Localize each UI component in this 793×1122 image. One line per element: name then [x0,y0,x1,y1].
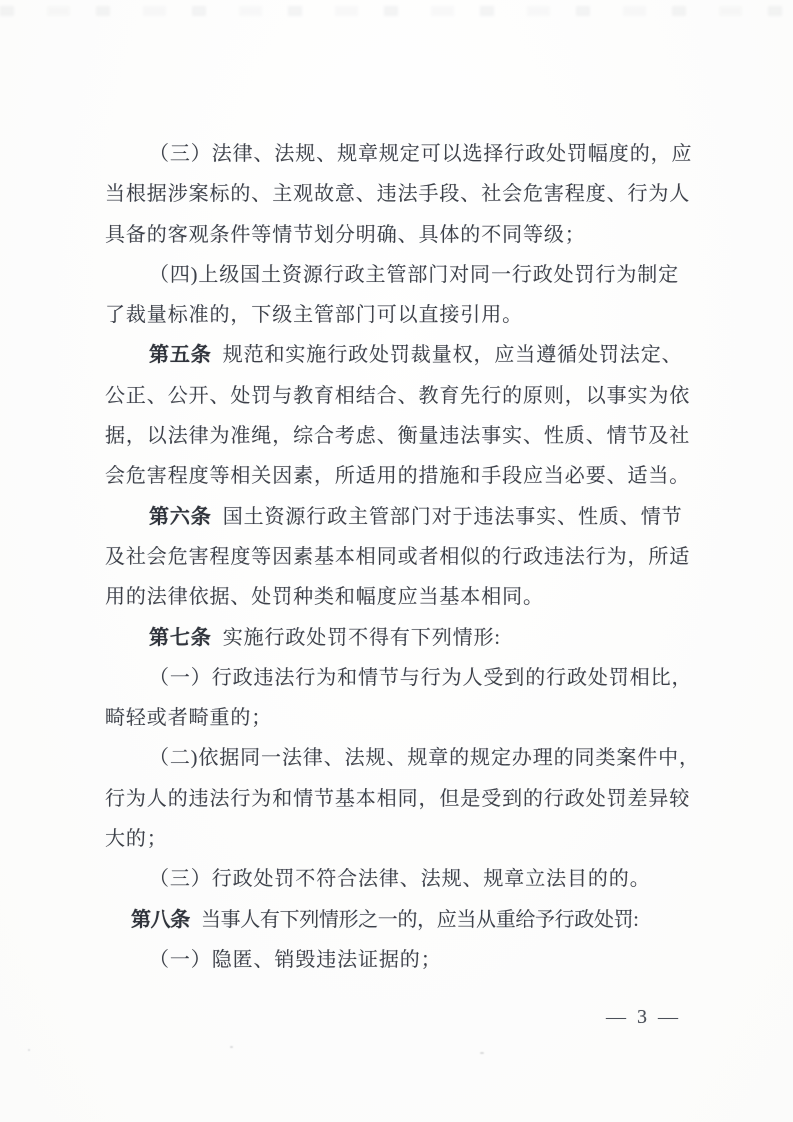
scan-speck [28,1049,30,1051]
scan-artifact-top-edge [0,6,793,16]
line-text: 具备的客观条件等情节划分明确、具体的不同等级； [105,224,586,246]
line-text: 行为人的违法行为和情节基本相同，但是受到的行政处罚差异较 [105,788,690,810]
text-line: 畸轻或者畸重的； [105,698,693,738]
line-text: 当根据涉案标的、主观故意、违法手段、社会危害程度、行为人 [105,183,690,205]
line-text: 国土资源行政主管部门对于违法事实、性质、情节 [223,506,683,528]
line-text: 畸轻或者畸重的； [105,707,272,729]
page-number: — 3 — [606,1002,681,1032]
line-text: 当事人有下列情形之一的，应当从重给予行政处罚: [201,909,639,931]
text-line: 据，以法律为准绳，综合考虑、衡量违法事实、性质、情节及社 [105,416,693,456]
scan-speck [230,1046,233,1048]
text-line: （二)依据同一法律、法规、规章的规定办理的同类案件中， [105,738,693,778]
text-line: 会危害程度等相关因素，所适用的措施和手段应当必要、适当。 [105,456,693,496]
line-text: （一）隐匿、销毁违法证据的； [149,949,442,971]
line-text: 据，以法律为准绳，综合考虑、衡量违法事实、性质、情节及社 [105,425,690,447]
line-text: 会危害程度等相关因素，所适用的措施和手段应当必要、适当。 [105,465,690,487]
text-line: 第六条国土资源行政主管部门对于违法事实、性质、情节 [105,497,693,537]
text-line: 第五条规范和实施行政处罚裁量权，应当遵循处罚法定、 [105,335,693,375]
line-text: （二)依据同一法律、法规、规章的规定办理的同类案件中， [149,747,700,769]
text-line: 第七条实施行政处罚不得有下列情形: [105,618,693,658]
article-number: 第七条 [149,627,212,649]
line-text: 规范和实施行政处罚裁量权，应当遵循处罚法定、 [223,344,683,366]
article-number: 第八条 [131,909,190,931]
line-text: 用的法律依据、处罚种类和幅度应当基本相同。 [105,586,544,608]
line-text: （四)上级国土资源行政主管部门对同一行政处罚行为制定 [149,264,679,286]
text-line: （一）隐匿、销毁违法证据的； [105,940,693,980]
text-line: 具备的客观条件等情节划分明确、具体的不同等级； [105,215,693,255]
text-line: 大的； [105,819,693,859]
article-number: 第五条 [149,344,212,366]
text-line: （四)上级国土资源行政主管部门对同一行政处罚行为制定 [105,255,693,295]
document-body: （三）法律、法规、规章规定可以选择行政处罚幅度的，应 当根据涉案标的、主观故意、… [105,134,693,980]
line-text: 了裁量标准的，下级主管部门可以直接引用。 [105,304,523,326]
text-line: 公正、公开、处罚与教育相结合、教育先行的原则，以事实为依 [105,376,693,416]
line-text: 大的； [105,828,168,850]
scanned-document-page: （三）法律、法规、规章规定可以选择行政处罚幅度的，应 当根据涉案标的、主观故意、… [0,0,793,1122]
line-text: 及社会危害程度等因素基本相同或者相似的行政违法行为，所适 [105,546,690,568]
scan-speck [480,1052,484,1054]
line-text: （三）行政处罚不符合法律、法规、规章立法目的的。 [149,868,651,890]
text-line: 用的法律依据、处罚种类和幅度应当基本相同。 [105,577,693,617]
text-line: （一）行政违法行为和情节与行为人受到的行政处罚相比， [105,658,693,698]
text-line: 行为人的违法行为和情节基本相同，但是受到的行政处罚差异较 [105,779,693,819]
line-text: （三）法律、法规、规章规定可以选择行政处罚幅度的，应 [149,143,692,165]
text-line: 第八条当事人有下列情形之一的，应当从重给予行政处罚: [105,900,693,940]
line-text: 实施行政处罚不得有下列情形: [223,627,501,649]
text-line: （三）行政处罚不符合法律、法规、规章立法目的的。 [105,859,693,899]
article-number: 第六条 [149,506,212,528]
text-line: （三）法律、法规、规章规定可以选择行政处罚幅度的，应 [105,134,693,174]
text-line: 当根据涉案标的、主观故意、违法手段、社会危害程度、行为人 [105,174,693,214]
line-text: （一）行政违法行为和情节与行为人受到的行政处罚相比， [149,667,692,689]
line-text: 公正、公开、处罚与教育相结合、教育先行的原则，以事实为依 [105,385,690,407]
text-line: 及社会危害程度等因素基本相同或者相似的行政违法行为，所适 [105,537,693,577]
text-line: 了裁量标准的，下级主管部门可以直接引用。 [105,295,693,335]
